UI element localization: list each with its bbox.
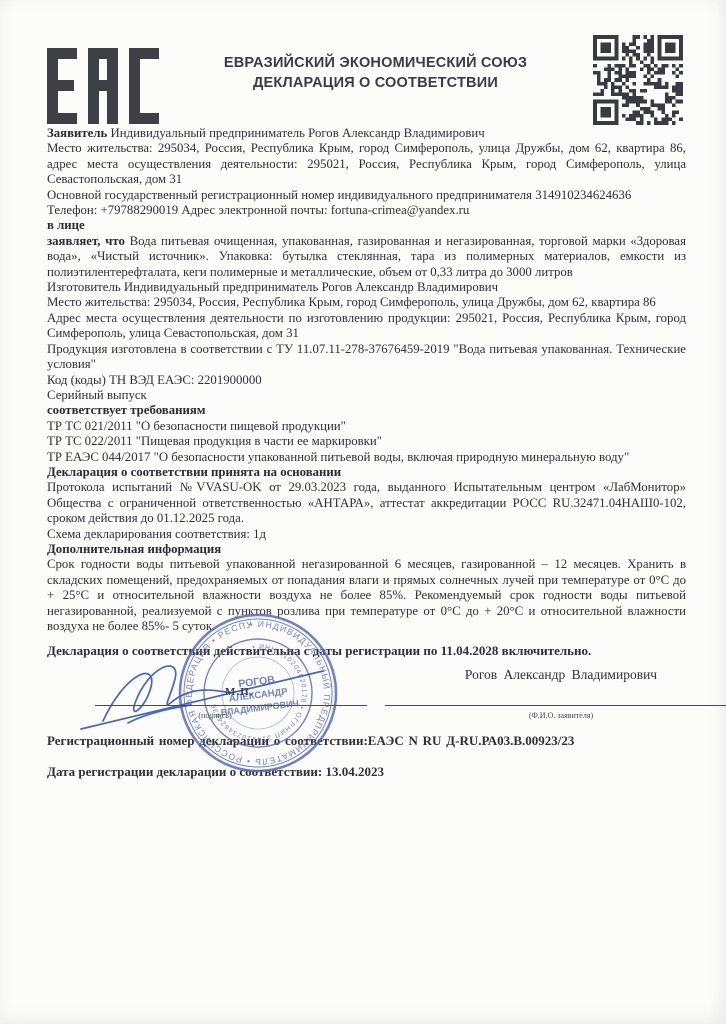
applicant-fio: Рогов Александр Владимирович (385, 667, 726, 682)
stamp-place-label: М.П. (225, 685, 253, 700)
contacts-line: Телефон: +79788290019 Адрес электронной … (47, 203, 686, 218)
scheme-line: Схема декларирования соответствия: 1д (47, 527, 686, 542)
complies-heading: соответствует требованиям (47, 403, 686, 418)
fio-line (385, 705, 726, 706)
signature-caption: (подпись) (135, 708, 295, 723)
union-title: ЕВРАЗИЙСКИЙ ЭКОНОМИЧЕСКИЙ СОЮЗ (165, 54, 586, 74)
qr-code-icon (586, 28, 690, 132)
tr-item-3: ТР ЕАЭС 044/2017 "О безопасности упакова… (47, 450, 686, 465)
serial-line: Серийный выпуск (47, 388, 686, 403)
tr-item-1: ТР ТС 021/2011 "О безопасности пищевой п… (47, 419, 686, 434)
signature-block: • ИНДИВИДУАЛЬНЫЙ ПРЕДПРИНИМАТЕЛЬ • РОССИ… (47, 665, 686, 729)
fio-caption: (Ф.И.О. заявителя) (385, 708, 726, 723)
declares-paragraph: заявляет, что Вода питьевая очищенная, у… (47, 234, 686, 280)
additional-heading: Дополнительная информация (47, 542, 686, 557)
declaration-document: ЕВРАЗИЙСКИЙ ЭКОНОМИЧЕСКИЙ СОЮЗ ДЕКЛАРАЦИ… (0, 0, 726, 1024)
additional-text: Срок годности воды питьевой упакованной … (47, 557, 686, 634)
applicant-label: Заявитель (47, 126, 107, 140)
basis-text: Протокола испытаний №VVASU-OK от 29.03.2… (47, 480, 686, 526)
eac-mark-icon (47, 28, 165, 129)
applicant-address: Место жительства: 295034, Россия, Респуб… (47, 141, 686, 187)
tu-line: Продукция изготовлена в соответствии с Т… (47, 342, 686, 373)
tr-item-2: ТР ТС 022/2011 "Пищевая продукция в част… (47, 434, 686, 449)
registration-date-line: Дата регистрации декларации о соответств… (47, 764, 686, 779)
basis-heading: Декларация о соответствии принята на осн… (47, 465, 686, 480)
ogrn-line: Основной государственный регистрационный… (47, 188, 686, 203)
document-body: Заявитель Индивидуальный предприниматель… (0, 100, 726, 780)
doc-title: ДЕКЛАРАЦИЯ О СООТВЕТСТВИИ (165, 74, 586, 94)
document-header: ЕВРАЗИЙСКИЙ ЭКОНОМИЧЕСКИЙ СОЮЗ ДЕКЛАРАЦИ… (0, 0, 726, 100)
in-person-line: в лице (47, 218, 686, 233)
registration-number-line: Регистрационный номер декларации о соотв… (47, 733, 686, 748)
signature-line (95, 705, 367, 706)
tnved-line: Код (коды) ТН ВЭД ЕАЭС: 2201900000 (47, 373, 686, 388)
production-address: Адрес места осуществления деятельности п… (47, 311, 686, 342)
declares-label: заявляет, что (47, 234, 125, 248)
manufacturer-line: Изготовитель Индивидуальный предпринимат… (47, 280, 686, 295)
validity-line: Декларация о соответствии действительна … (47, 643, 686, 658)
manufacturer-address: Место жительства: 295034, Россия, Респуб… (47, 295, 686, 310)
document-title-block: ЕВРАЗИЙСКИЙ ЭКОНОМИЧЕСКИЙ СОЮЗ ДЕКЛАРАЦИ… (165, 28, 586, 93)
